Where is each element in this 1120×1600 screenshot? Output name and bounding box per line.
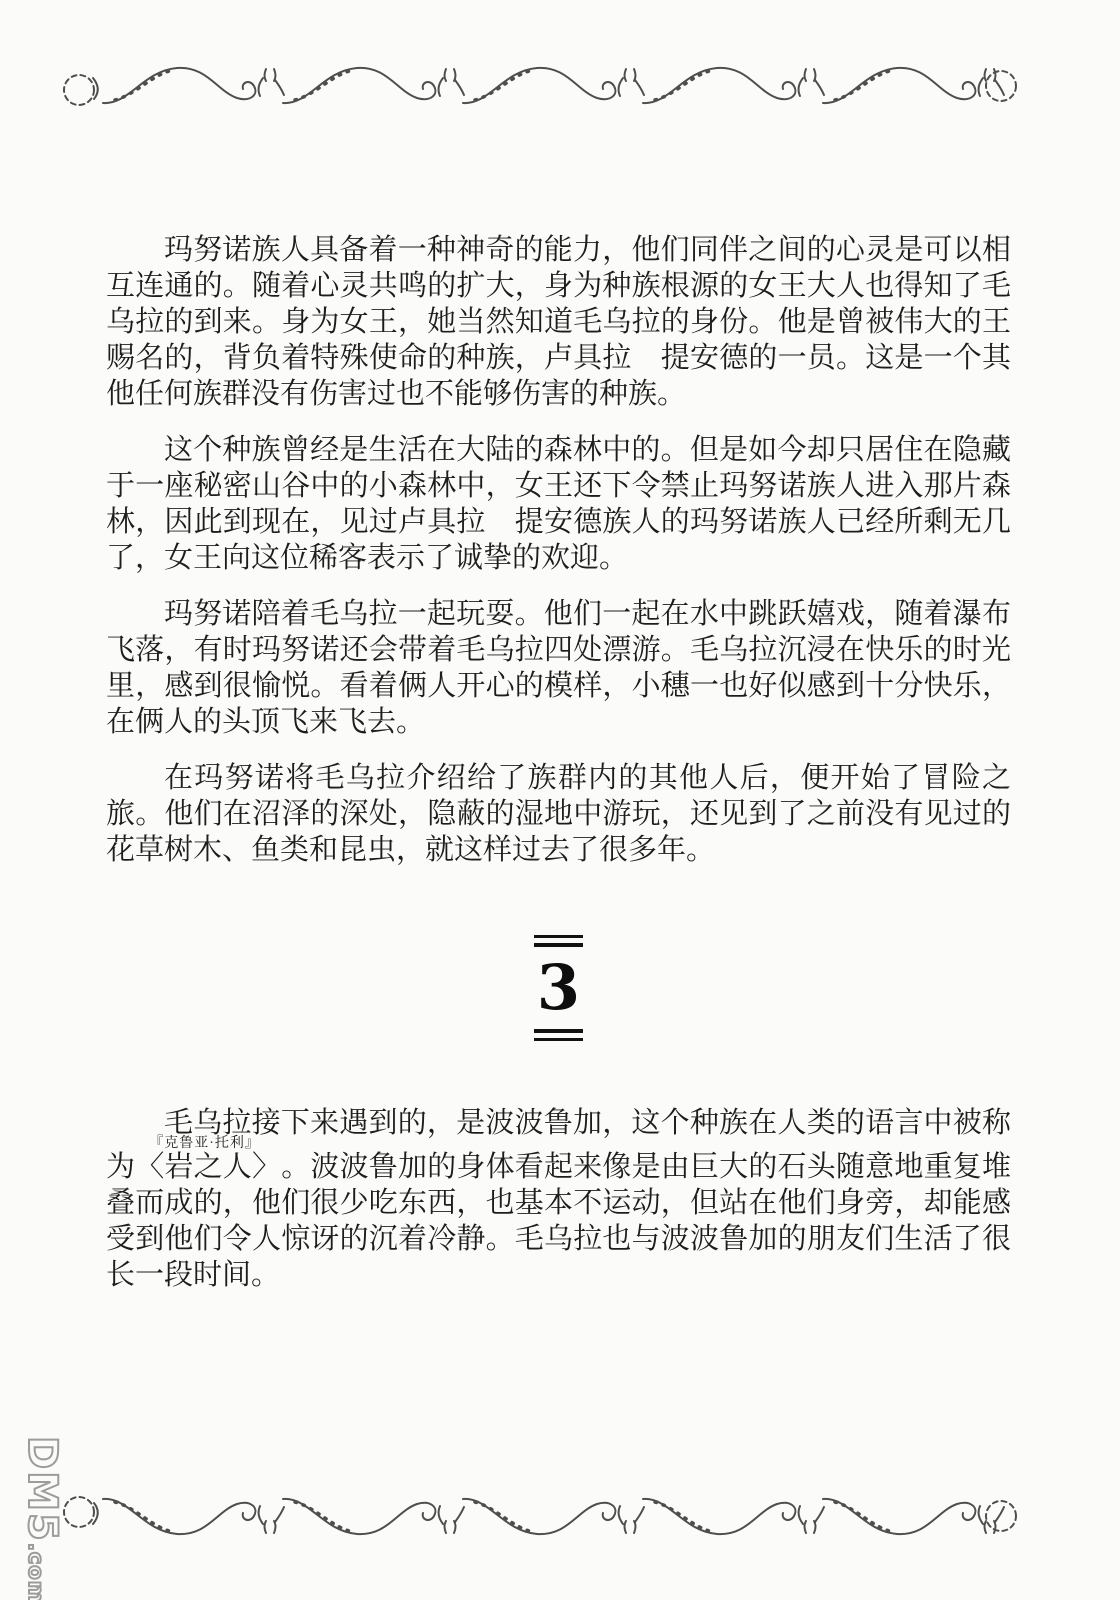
rule-thin xyxy=(534,1038,583,1041)
chapter-rule-bottom xyxy=(534,1029,583,1041)
bottom-scroll-border-ornament xyxy=(58,1486,1020,1544)
paragraph-5: 毛乌拉接下来遇到的，是波波鲁加，这个种族在人类的语言中被称为〈岩之人〉『克鲁亚·… xyxy=(106,1105,1011,1293)
paragraph-3: 玛努诺陪着毛乌拉一起玩耍。他们一起在水中跳跃嬉戏，随着瀑布飞落，有时玛努诺还会带… xyxy=(106,596,1011,740)
book-page: 玛努诺族人具备着一种神奇的能力，他们同伴之间的心灵是可以相互连通的。随着心灵共鸣… xyxy=(0,0,1120,1600)
chapter-number: 3 xyxy=(537,959,580,1017)
rule-thick xyxy=(534,1029,583,1033)
chapter-marker: 3 xyxy=(106,935,1011,1041)
paragraph-1: 玛努诺族人具备着一种神奇的能力，他们同伴之间的心灵是可以相互连通的。随着心灵共鸣… xyxy=(106,232,1011,412)
page-text-content: 玛努诺族人具备着一种神奇的能力，他们同伴之间的心灵是可以相互连通的。随着心灵共鸣… xyxy=(106,232,1011,1313)
rule-thin xyxy=(534,935,583,938)
watermark-dm5: DM5.com xyxy=(22,1436,62,1600)
ruby-base: 〈岩之人〉 xyxy=(135,1151,281,1183)
paragraph-2: 这个种族曾经是生活在大陆的森林中的。但是如今却只居住在隐藏于一座秘密山谷中的小森… xyxy=(106,432,1011,576)
ruby-rock-people: 〈岩之人〉『克鲁亚·托利』 xyxy=(135,1151,281,1183)
top-scroll-border-ornament xyxy=(58,58,1020,116)
watermark-brand: DM5 xyxy=(19,1436,65,1543)
rule-thick xyxy=(534,943,583,947)
chapter-rule-top xyxy=(534,935,583,947)
paragraph-4: 在玛努诺将毛乌拉介绍给了族群内的其他人后，便开始了冒险之旅。他们在沼泽的深处，隐… xyxy=(106,760,1011,868)
ruby-annotation: 『克鲁亚·托利』 xyxy=(135,1136,281,1151)
watermark-suffix: .com xyxy=(24,1543,48,1600)
